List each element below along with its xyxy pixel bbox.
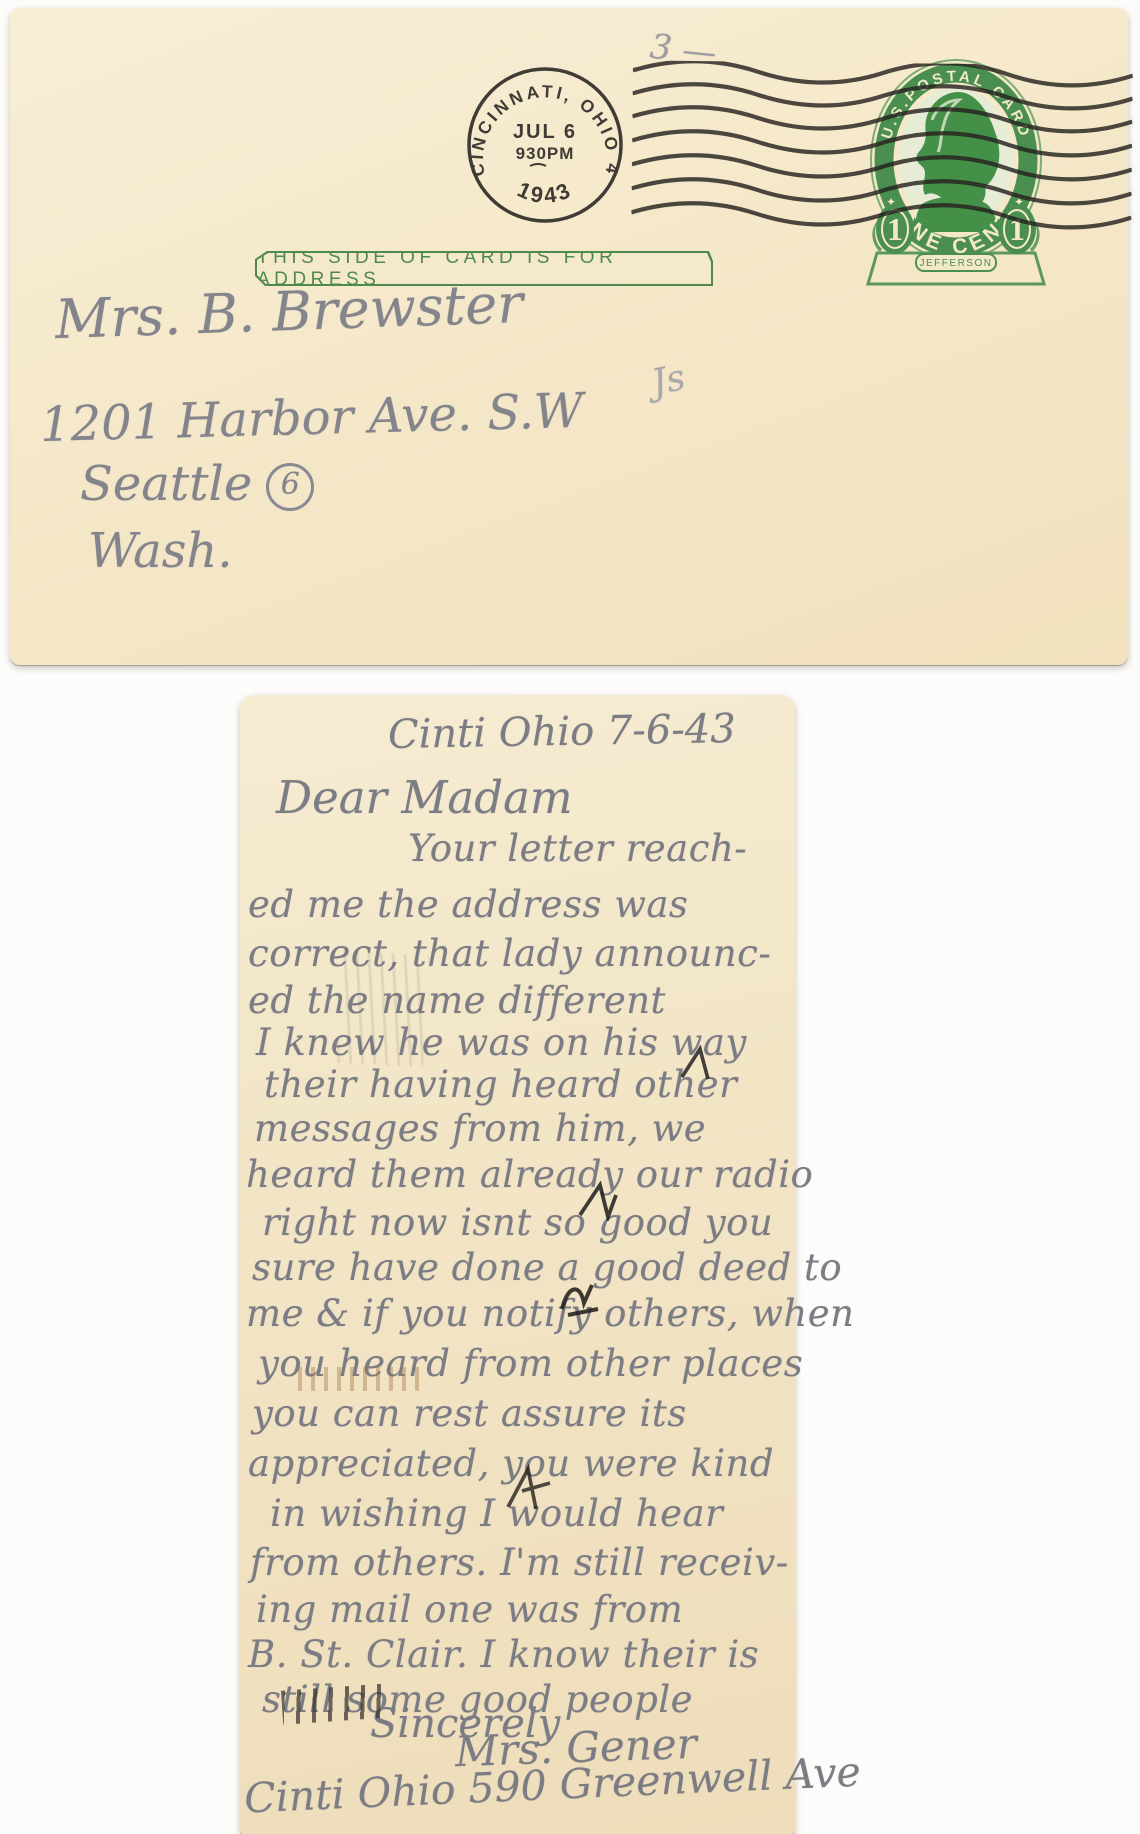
address-name: Mrs. B. Brewster [54,272,524,351]
message-line: sure have done a good deed to [252,1246,842,1289]
message-salutation: Dear Madam [276,771,573,824]
message-line: B. St. Clair. I know their is [248,1633,759,1676]
postmark-time: 930PM [516,144,575,163]
message-line: messages from him, we [254,1107,706,1150]
address-city: Seattle6 [80,456,314,512]
message-line: me & if you notify others, when [246,1292,854,1335]
postmark-date: JUL 6 [513,121,577,143]
postcard-front: 3 — [10,8,1128,665]
message-line: right now isnt so good you [262,1201,773,1244]
stamp-residue-dots [298,1367,426,1391]
svg-text:JEFFERSON: JEFFERSON [920,258,993,269]
stray-pencil-mark: Js [648,357,689,404]
ink-scribble [576,1181,620,1221]
address-city-text: Seattle [80,456,252,512]
message-line: Your letter reach- [408,827,747,870]
message-line: heard them already our radio [246,1153,813,1196]
message-line: ing mail one was from [256,1588,683,1631]
message-dateline: Cinti Ohio 7-6-43 [388,706,736,758]
message-line: their having heard other [264,1063,737,1106]
message-line: in wishing I would hear [270,1492,723,1535]
postmark-dash [530,164,546,166]
message-line: from others. I'm still receiv- [250,1541,789,1584]
stamp-name-banner: JEFFERSON [916,254,996,271]
svg-text:1943: 1943 [514,177,577,209]
smudge-mark [337,951,429,1067]
postcard-back: Cinti Ohio 7-6-43 Dear Madam Your letter… [240,695,795,1834]
address-street: 1201 Harbor Ave. S.W [39,383,583,453]
postmark-year: 1943 [514,177,577,209]
postmark: CINCINNATI, OHIO 4 JUL 6 930PM 1943 [460,60,630,230]
message-line: ed me the address was [248,883,688,926]
cancellation-lines [631,60,1133,245]
message-line: you can rest assure its [252,1392,687,1435]
ink-scribble [502,1463,558,1515]
ink-scribble [558,1279,606,1321]
message-line: I knew he was on his way [256,1021,747,1064]
postal-zone: 6 [266,463,314,511]
ink-scribble [678,1045,718,1085]
address-state: Wash. [88,523,233,579]
message-line: correct, that lady announc- [248,932,771,975]
message-line: ed the name different [248,979,666,1022]
